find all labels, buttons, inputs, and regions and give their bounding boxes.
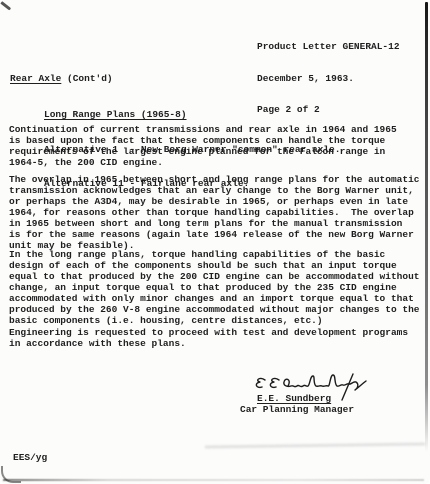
scan-edge-shadow-bottom [3, 479, 424, 481]
typist-initials: EES/yg [13, 452, 47, 463]
section-heading-suffix: (Cont'd) [61, 73, 112, 84]
header-product-letter: Product Letter GENERAL-12 [257, 42, 400, 53]
paragraph-continuation: Continuation of current transmissions an… [9, 124, 397, 168]
section-heading-title: Rear Axle [10, 73, 61, 84]
scan-corner-mark-top-left [0, 0, 11, 11]
long-range-heading: Long Range Plans (1965-8) [44, 109, 340, 121]
scanned-letter-viewport: Product Letter GENERAL-12 December 5, 19… [0, 0, 430, 484]
signatory-role-title: Car Planning Manager [240, 404, 354, 415]
document-page: Product Letter GENERAL-12 December 5, 19… [0, 0, 430, 484]
header-date: December 5, 1963. [257, 74, 400, 85]
signatory-name: E.E. Sundberg [257, 393, 331, 404]
paragraph-engineering-request: Engineering is requested to proceed with… [9, 327, 408, 349]
paragraph-torque-capabilities: In the long range plans, torque handling… [9, 249, 419, 326]
paragraph-overlap: The overlap in 1965 between short and lo… [9, 174, 419, 251]
section-heading: Rear Axle (Cont'd) [10, 73, 113, 84]
scan-smudge-artifact [205, 442, 425, 448]
scan-edge-shadow-right [425, 2, 428, 452]
